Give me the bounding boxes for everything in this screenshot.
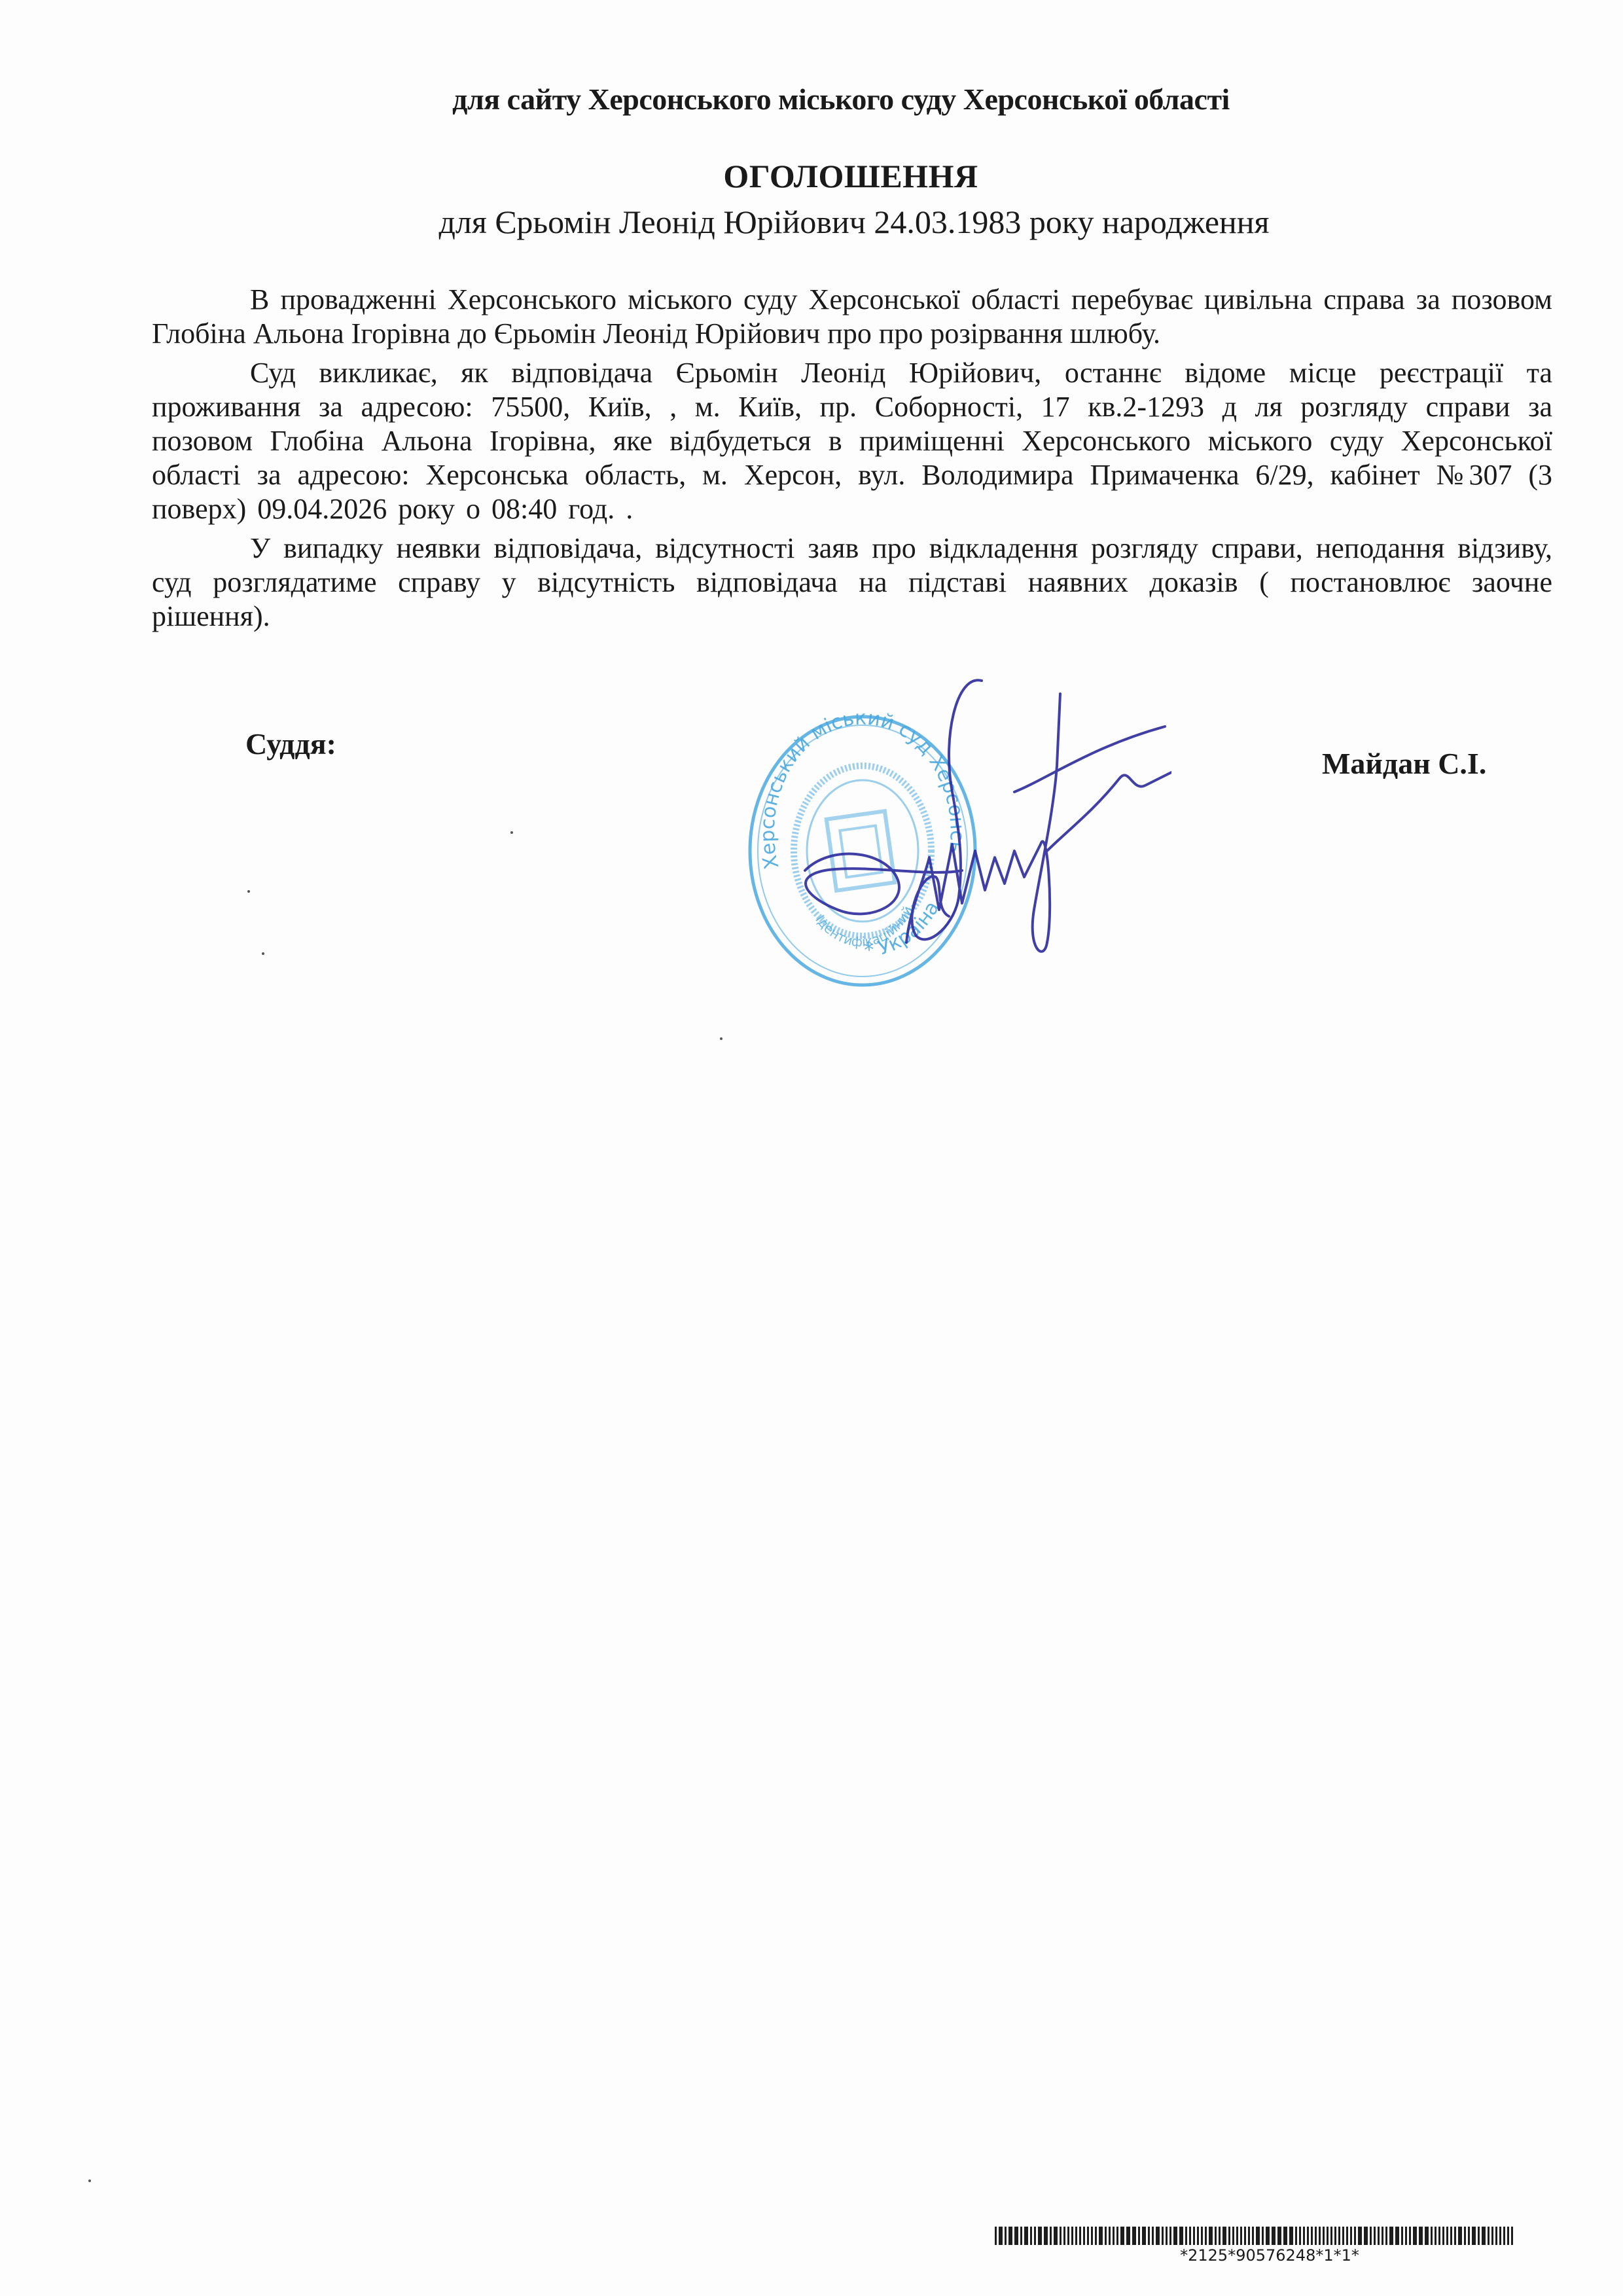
paragraph-summons: Суд викликає, як відповідача Єрьомін Лео…: [152, 356, 1552, 526]
paragraph-absence-consequences: У випадку неявки відповідача, відсутност…: [152, 531, 1552, 634]
paragraph-proceedings: В провадженні Херсонського міського суду…: [152, 283, 1552, 351]
document-title: ОГОЛОШЕННЯ: [0, 157, 1623, 195]
judge-label: Суддя:: [245, 726, 336, 761]
document-barcode: *2125*90576248*1*1*: [995, 2225, 1518, 2265]
scan-speck: [720, 1037, 722, 1040]
scan-speck: [510, 831, 513, 834]
document-header: для сайту Херсонського міського суду Хер…: [0, 82, 1623, 117]
scan-speck: [247, 890, 250, 893]
barcode-bars-icon: [995, 2225, 1518, 2245]
document-page: для сайту Херсонського міського суду Хер…: [0, 0, 1623, 2296]
barcode-text: *2125*90576248*1*1*: [995, 2246, 1518, 2265]
scan-speck: [88, 2179, 91, 2182]
judge-signature-icon: [766, 661, 1171, 975]
signature-block: Суддя: Майдан С.І.: [0, 726, 1623, 779]
judge-name: Майдан С.І.: [1322, 746, 1486, 781]
document-subtitle: для Єрьомін Леонід Юрійович 24.03.1983 р…: [0, 203, 1623, 241]
scan-speck: [262, 952, 264, 955]
document-body: В провадженні Херсонського міського суду…: [152, 283, 1552, 639]
